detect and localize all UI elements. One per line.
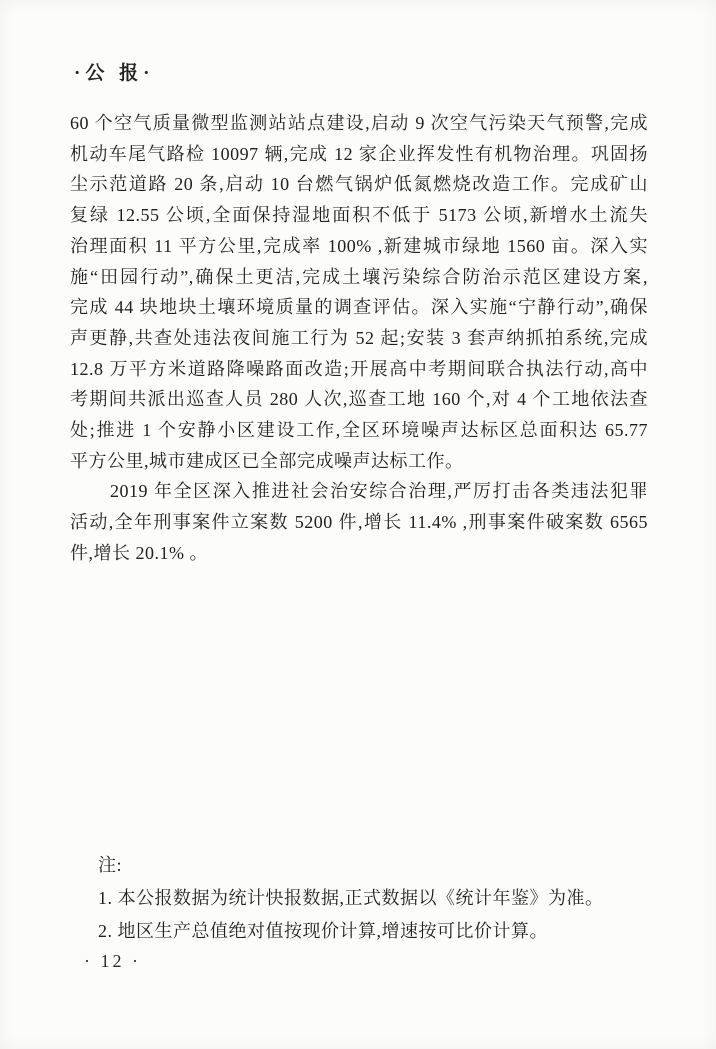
note-item: 1. 本公报数据为统计快报数据,正式数据以《统计年鉴》为准。 bbox=[98, 882, 658, 915]
body-line: 60 个空气质量微型监测站站点建设,启动 9 次空气污染天气预警,完成 bbox=[70, 108, 648, 139]
body-text: 60 个空气质量微型监测站站点建设,启动 9 次空气污染天气预警,完成 机动车尾… bbox=[70, 108, 648, 569]
page-number: · 12 · bbox=[84, 951, 141, 972]
notes-section: 注: 1. 本公报数据为统计快报数据,正式数据以《统计年鉴》为准。 2. 地区生… bbox=[98, 849, 658, 948]
notes-label: 注: bbox=[98, 849, 658, 882]
body-line: 治理面积 11 平方公里,完成率 100% ,新建城市绿地 1560 亩。深入实 bbox=[70, 231, 648, 262]
note-item: 2. 地区生产总值绝对值按现价计算,增速按可比价计算。 bbox=[98, 915, 658, 948]
body-line: 尘示范道路 20 条,启动 10 台燃气锅炉低氮燃烧改造工作。完成矿山 bbox=[70, 169, 648, 200]
running-head: ·公 报· bbox=[74, 58, 154, 85]
body-line: 机动车尾气路检 10097 辆,完成 12 家企业挥发性有机物治理。巩固扬 bbox=[70, 139, 648, 170]
body-line: 处;推进 1 个安静小区建设工作,全区环境噪声达标区总面积达 65.77 bbox=[70, 415, 648, 446]
body-line: 活动,全年刑事案件立案数 5200 件,增长 11.4% ,刑事案件破案数 65… bbox=[70, 507, 648, 538]
body-line: 施“田园行动”,确保土更洁,完成土壤污染综合防治示范区建设方案, bbox=[70, 262, 648, 293]
body-line: 复绿 12.55 公顷,全面保持湿地面积不低于 5173 公顷,新增水土流失 bbox=[70, 200, 648, 231]
body-line: 完成 44 块地块土壤环境质量的调查评估。深入实施“宁静行动”,确保 bbox=[70, 292, 648, 323]
body-line: 2019 年全区深入推进社会治安综合治理,严厉打击各类违法犯罪 bbox=[70, 476, 648, 507]
bulletin-page: ·公 报· 60 个空气质量微型监测站站点建设,启动 9 次空气污染天气预警,完… bbox=[0, 0, 716, 1049]
body-line: 考期间共派出巡查人员 280 人次,巡查工地 160 个,对 4 个工地依法查 bbox=[70, 384, 648, 415]
body-line: 平方公里,城市建成区已全部完成噪声达标工作。 bbox=[70, 446, 648, 477]
body-line: 声更静,共查处违法夜间施工行为 52 起;安装 3 套声纳抓拍系统,完成 bbox=[70, 323, 648, 354]
body-line: 件,增长 20.1% 。 bbox=[70, 538, 648, 569]
body-line: 12.8 万平方米道路降噪路面改造;开展高中考期间联合执法行动,高中 bbox=[70, 354, 648, 385]
